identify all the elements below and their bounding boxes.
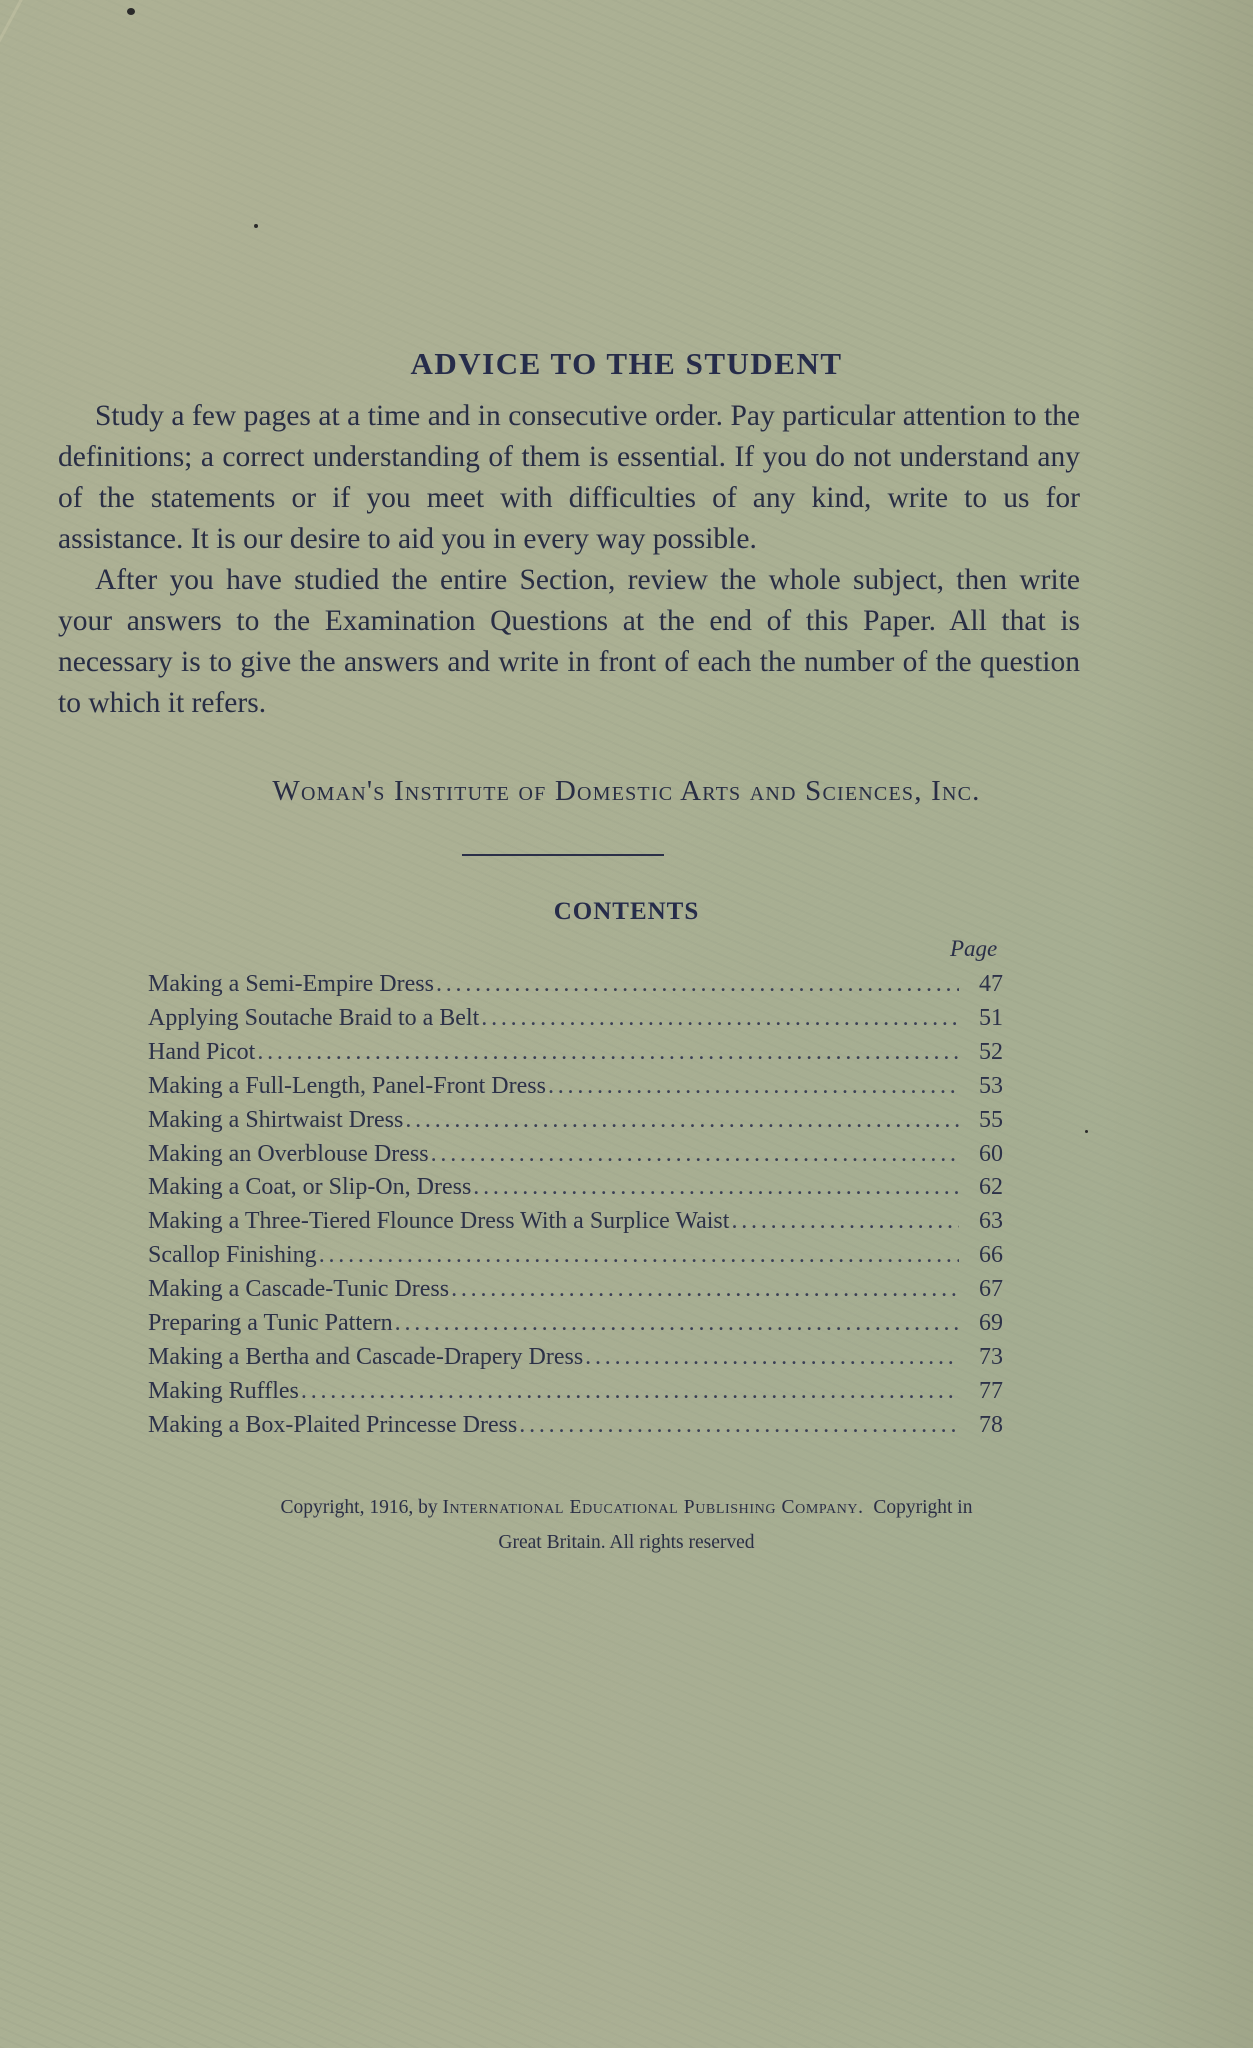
table-of-contents: Making a Semi-Empire Dress 47 Applying S…	[148, 968, 1003, 1443]
toc-entry-title: Scallop Finishing	[148, 1239, 317, 1273]
advice-paragraph-1: Study a few pages at a time and in conse…	[58, 396, 1080, 560]
toc-entry-page: 47	[971, 968, 1003, 1002]
dot-leader	[548, 1070, 959, 1104]
toc-entry-title: Making a Full-Length, Panel-Front Dress	[148, 1070, 546, 1104]
dot-leader	[585, 1341, 959, 1375]
publisher-name: International Educational Publishing Com…	[442, 1497, 863, 1518]
toc-entry-title: Making a Semi-Empire Dress	[148, 968, 434, 1002]
dot-leader	[519, 1409, 959, 1443]
copyright-suffix: Copyright in	[873, 1497, 972, 1518]
toc-entry-title: Making an Overblouse Dress	[148, 1138, 429, 1172]
copyright-notice: Copyright, 1916, by International Educat…	[0, 1490, 1253, 1560]
toc-entry[interactable]: Making Ruffles 77	[148, 1375, 1003, 1409]
toc-entry-title: Making a Shirtwaist Dress	[148, 1104, 403, 1138]
contents-heading: CONTENTS	[0, 898, 1253, 926]
dot-leader	[431, 1138, 959, 1172]
toc-entry[interactable]: Making a Semi-Empire Dress 47	[148, 968, 1003, 1002]
toc-entry-page: 51	[971, 1002, 1003, 1036]
toc-entry-page: 53	[971, 1070, 1003, 1104]
toc-entry-title: Making a Coat, or Slip-On, Dress	[148, 1171, 471, 1205]
dot-leader	[731, 1205, 959, 1239]
advice-body: Study a few pages at a time and in conse…	[58, 396, 1080, 724]
advice-paragraph-2: After you have studied the entire Sectio…	[58, 560, 1080, 724]
toc-entry[interactable]: Hand Picot 52	[148, 1036, 1003, 1070]
toc-entry[interactable]: Making a Three-Tiered Flounce Dress With…	[148, 1205, 1003, 1239]
copyright-line-1: Copyright, 1916, by International Educat…	[0, 1490, 1253, 1525]
toc-entry-title: Applying Soutache Braid to a Belt	[148, 1002, 479, 1036]
toc-entry-page: 78	[971, 1409, 1003, 1443]
copyright-line-2: Great Britain. All rights reserved	[0, 1525, 1253, 1560]
toc-entry-title: Making a Box-Plaited Princesse Dress	[148, 1409, 517, 1443]
toc-entry-title: Making a Three-Tiered Flounce Dress With…	[148, 1205, 729, 1239]
page-column-label: Page	[950, 936, 997, 962]
paper-crease	[0, 0, 33, 264]
toc-entry[interactable]: Making a Shirtwaist Dress 55	[148, 1104, 1003, 1138]
toc-entry-page: 66	[971, 1239, 1003, 1273]
dot-leader	[473, 1171, 959, 1205]
toc-entry[interactable]: Making a Full-Length, Panel-Front Dress …	[148, 1070, 1003, 1104]
toc-entry-page: 62	[971, 1171, 1003, 1205]
toc-entry-page: 63	[971, 1205, 1003, 1239]
toc-entry[interactable]: Scallop Finishing 66	[148, 1239, 1003, 1273]
toc-entry-title: Hand Picot	[148, 1036, 255, 1070]
toc-entry-page: 73	[971, 1341, 1003, 1375]
dot-leader	[257, 1036, 959, 1070]
advice-heading: ADVICE TO THE STUDENT	[0, 346, 1253, 382]
ink-speck	[1085, 1130, 1088, 1133]
toc-entry-title: Making Ruffles	[148, 1375, 299, 1409]
dot-leader	[481, 1002, 959, 1036]
toc-entry-title: Preparing a Tunic Pattern	[148, 1307, 393, 1341]
toc-entry-page: 69	[971, 1307, 1003, 1341]
ink-speck	[254, 224, 258, 228]
toc-entry[interactable]: Making a Bertha and Cascade-Drapery Dres…	[148, 1341, 1003, 1375]
toc-entry[interactable]: Preparing a Tunic Pattern 69	[148, 1307, 1003, 1341]
toc-entry[interactable]: Applying Soutache Braid to a Belt 51	[148, 1002, 1003, 1036]
toc-entry-title: Making a Cascade-Tunic Dress	[148, 1273, 449, 1307]
toc-entry[interactable]: Making an Overblouse Dress 60	[148, 1138, 1003, 1172]
toc-entry[interactable]: Making a Cascade-Tunic Dress 67	[148, 1273, 1003, 1307]
toc-entry[interactable]: Making a Coat, or Slip-On, Dress 62	[148, 1171, 1003, 1205]
dot-leader	[301, 1375, 959, 1409]
toc-entry-page: 55	[971, 1104, 1003, 1138]
toc-entry[interactable]: Making a Box-Plaited Princesse Dress 78	[148, 1409, 1003, 1443]
copyright-prefix: Copyright, 1916, by	[281, 1497, 438, 1518]
section-divider	[462, 854, 664, 856]
dot-leader	[395, 1307, 959, 1341]
toc-entry-page: 67	[971, 1273, 1003, 1307]
institute-signature: Woman's Institute of Domestic Arts and S…	[0, 775, 1253, 808]
dot-leader	[405, 1104, 959, 1138]
toc-entry-title: Making a Bertha and Cascade-Drapery Dres…	[148, 1341, 583, 1375]
toc-entry-page: 77	[971, 1375, 1003, 1409]
dot-leader	[451, 1273, 959, 1307]
toc-entry-page: 52	[971, 1036, 1003, 1070]
ink-speck	[127, 8, 135, 15]
dot-leader	[319, 1239, 959, 1273]
dot-leader	[436, 968, 959, 1002]
toc-entry-page: 60	[971, 1138, 1003, 1172]
